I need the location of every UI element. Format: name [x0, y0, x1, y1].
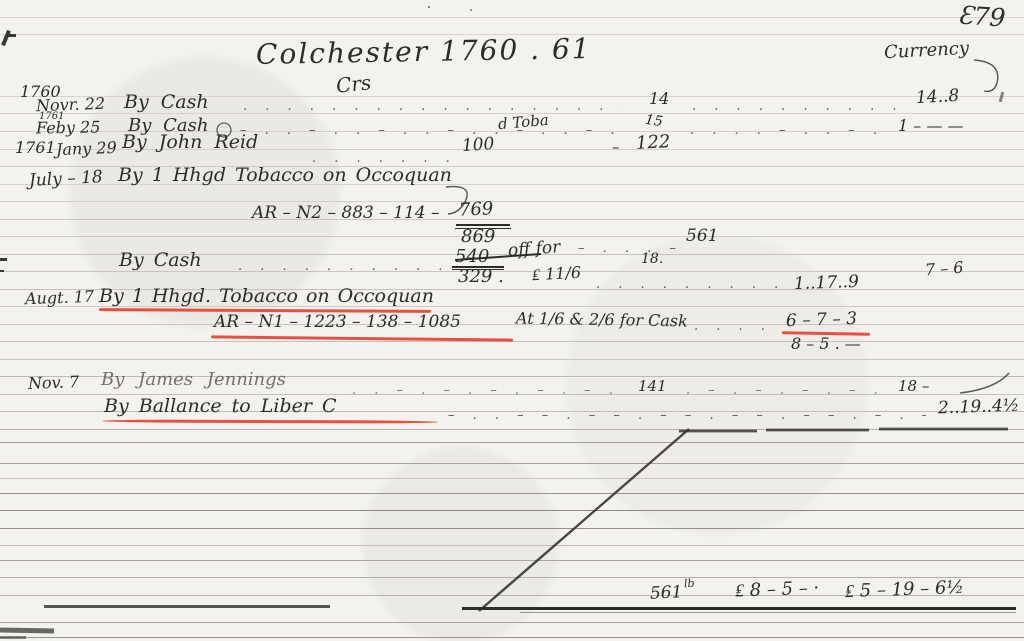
currency-flourish: [974, 60, 998, 91]
dash-leader: . . . . – . . – . . – . . – . –: [690, 124, 888, 136]
currency-column-header: Currency: [884, 40, 970, 62]
total-weight-unit: lb: [684, 578, 695, 590]
ink-speck: [999, 92, 1004, 102]
folio-number: Ɛ79: [957, 2, 1006, 30]
corner-smudge: [0, 636, 26, 639]
entry-desc: By 1 Hhgd Tobacco on Occoquan: [118, 166, 452, 185]
ar-note-line: AR – N2 – 883 – 114 –: [252, 205, 440, 222]
dot-leader: . . . . . . . . .: [694, 320, 780, 332]
dot-leader: . . . . . . . . . . .: [312, 152, 454, 164]
dash-leader: – . . . – . . –: [578, 242, 680, 254]
entry-date: Augt. 17: [25, 289, 95, 307]
grand-total-rule-echo: [520, 612, 1016, 613]
dash-leader: – . . – . . – . . – . . – . . – . . – . …: [240, 124, 622, 136]
off-total: 561: [686, 228, 718, 245]
entry-amount: 18 –: [898, 379, 929, 394]
rate-total: 1..17..9: [794, 274, 859, 293]
entry-amount: 6 – 7 – 3: [786, 311, 858, 330]
ruled-line: [0, 219, 1024, 220]
ink-speck: [428, 6, 430, 8]
ledger-page-scan: Ɛ79 Colchester 1760 . 61 Crs Currency 17…: [0, 0, 1024, 641]
dash-leader: . . – . – . – . – . – . – . – . –: [352, 384, 630, 396]
ruled-line: [0, 545, 1024, 546]
entry-desc: By Cash: [119, 251, 202, 270]
edge-smudge: [0, 270, 4, 272]
entry-desc: By John Reid: [122, 133, 258, 152]
red-underline-ballance: [102, 419, 438, 423]
net-weight-figure: 329 .: [458, 268, 504, 286]
total-tobacco-value: ₤ 8 – 5 – ·: [735, 580, 820, 601]
dash: –: [612, 140, 620, 155]
dot-leader: . . . . . . . . . . . . . . . . .: [238, 260, 448, 272]
entry-qty: 100: [461, 136, 495, 155]
tobacco-note: d Toba: [497, 113, 549, 132]
entry-desc: By James Jennings: [101, 371, 286, 389]
off-for-label: off for: [507, 239, 560, 260]
dot-leader: . . . . . . . . . . . . . . . . . . . . …: [243, 100, 623, 112]
ruled-line: [0, 17, 1024, 18]
entry-amount: 7 – 6: [924, 260, 964, 279]
dot-leader: . . . . . . . . . . . . . . . . . . .: [596, 278, 788, 290]
rate-note: ₤ 11/6: [532, 265, 582, 284]
ruled-line: [0, 478, 1024, 479]
entry-date: July – 18: [29, 169, 104, 190]
entry-desc: By Cash: [124, 93, 209, 112]
entry-date: Feby 25: [36, 119, 101, 136]
ruled-line: [0, 429, 1024, 430]
entry-year: 1761: [15, 140, 56, 156]
ruled-line: [0, 236, 1024, 237]
ruled-line: [0, 528, 1024, 529]
price-note: At 1/6 & 2/6 for Cask: [516, 311, 688, 330]
entry-amount: 1 – — —: [898, 118, 963, 134]
ruled-line: [0, 637, 1024, 638]
total-weight: 561: [650, 584, 683, 603]
ar-note-line: AR – N1 – 1223 – 138 – 1085: [214, 314, 461, 331]
ruled-line: [0, 510, 1024, 511]
entry-desc: By Ballance to Liber C: [104, 397, 337, 416]
bottom-left-rule: [44, 605, 330, 608]
entry-qty: 14: [649, 91, 669, 107]
entry-qty: 141: [638, 379, 667, 394]
dash-leader: – . . – – . – – . – – . – – . – – . – . …: [448, 409, 926, 421]
total-currency-value: ₤ 5 – 19 – 6½: [845, 579, 964, 601]
ar-net-weight: 769: [459, 200, 494, 220]
edge-smudge: [8, 34, 16, 37]
ruled-line: [0, 560, 1024, 561]
ruled-line: [0, 463, 1024, 464]
sum-figure: 869: [461, 228, 495, 246]
dot-leader: . . . . . . . . . . . . . . . . .: [692, 100, 904, 112]
ink-speck: [470, 9, 472, 11]
ruled-line: [0, 271, 1024, 272]
entry-desc: By 1 Hhgd. Tobacco on Occoquan: [99, 287, 434, 306]
ruled-line: [0, 201, 1024, 202]
ruled-line: [0, 442, 1024, 443]
corner-smudge: [0, 628, 54, 634]
page-title: Colchester 1760 . 61: [256, 35, 592, 69]
ruled-line: [0, 359, 1024, 360]
edge-smudge: [0, 258, 7, 261]
dash-leader: . – . – . – . – . – . – . –: [686, 384, 886, 396]
ruled-line: [0, 324, 1024, 325]
credit-side-label: Crs: [335, 72, 372, 96]
ruled-line: [0, 622, 1024, 623]
entry-date: Nov. 7: [28, 374, 80, 392]
entry-date: Jany 29: [56, 140, 117, 158]
amount-below: 8 – 5 . —: [791, 336, 861, 352]
grand-total-rule: [462, 607, 1016, 610]
ruled-line: [0, 577, 1024, 578]
cash-mid-figure: 18.: [641, 252, 663, 266]
entry-amount: 14..8: [916, 88, 960, 107]
entry-qty: 15: [644, 113, 664, 129]
entry-amount: 2..19..4½: [938, 398, 1020, 418]
edge-smudge: [1, 30, 11, 46]
entry-amount: 122: [636, 133, 671, 153]
ruled-line: [0, 493, 1024, 494]
